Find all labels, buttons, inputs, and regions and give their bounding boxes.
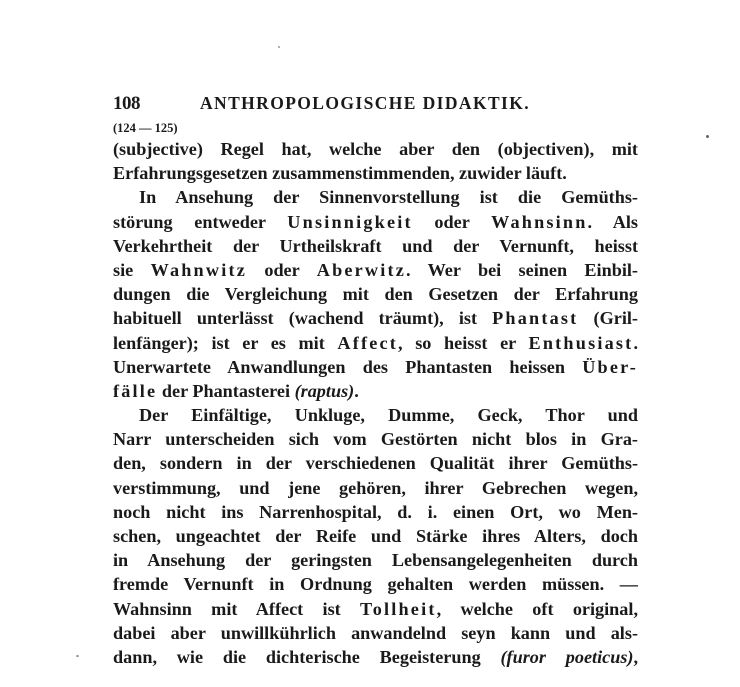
text-line: In Ansehung der Sinnenvorstellung ist di… (113, 185, 638, 209)
scan-speck (278, 46, 280, 48)
text-line: sie Wahnwitz oder Aberwitz. Wer bei sein… (113, 258, 638, 282)
emphasis-term: Über- (582, 357, 638, 377)
text-line: Der Einfältige, Unkluge, Dumme, Geck, Th… (113, 403, 638, 427)
text-line: lenfänger); ist er es mit Affect, so hei… (113, 331, 638, 355)
text-line: verstimmung, und jene gehören, ihrer Geb… (113, 476, 638, 500)
emphasis-term: Affect (337, 333, 398, 353)
emphasis-term: Phantast (492, 308, 578, 328)
text-span: . (633, 333, 638, 353)
text-span: oder (413, 212, 491, 232)
text-span: oder (247, 260, 317, 280)
text-line: den, sondern in der verschiedenen Qualit… (113, 451, 638, 475)
text-line: Verkehrtheit der Urtheilskraft und der V… (113, 234, 638, 258)
emphasis-term: Aberwitz (317, 260, 406, 280)
emphasis-term: Wahnsinn (491, 212, 587, 232)
text-span: (Gril- (578, 308, 638, 328)
text-span: , welche oft original, (437, 599, 638, 619)
text-line: noch nicht ins Narrenhospital, d. i. ein… (113, 500, 638, 524)
text-span: dann, wie die dichterische Begeisterung (113, 647, 500, 667)
text-line: Unerwartete Anwandlungen des Phantasten … (113, 355, 638, 379)
text-line: habituell unterlässt (wachend träumt), i… (113, 306, 638, 330)
emphasis-term: Wahnwitz (151, 260, 247, 280)
text-span: In Ansehung der Sinnenvorstellung ist di… (139, 187, 638, 207)
running-title: ANTHROPOLOGISCHE DIDAKTIK. (200, 93, 530, 114)
text-line: Narr unterscheiden sich vom Gestörten ni… (113, 427, 638, 451)
text-line: dann, wie die dichterische Begeisterung … (113, 645, 638, 669)
text-line: störung entweder Unsinnigkeit oder Wahns… (113, 210, 638, 234)
text-span: . (354, 381, 359, 401)
text-span: sie (113, 260, 151, 280)
page-number: 108 (113, 93, 200, 115)
emphasis-term: fälle (113, 381, 157, 401)
text-line: fremde Vernunft in Ordnung gehalten werd… (113, 572, 638, 596)
latin-term: (furor poeticus) (500, 647, 633, 667)
emphasis-term: Unsinnigkeit (287, 212, 412, 232)
emphasis-term: Enthusiast (529, 333, 634, 353)
text-span: Unerwartete Anwandlungen des Phantasten … (113, 357, 582, 377)
text-span: . Als (588, 212, 638, 232)
text-line: Wahnsinn mit Affect ist Tollheit, welche… (113, 597, 638, 621)
text-line: in Ansehung der geringsten Lebensangeleg… (113, 548, 638, 572)
text-line: schen, ungeachtet der Reife und Stärke i… (113, 524, 638, 548)
book-page: 108 ANTHROPOLOGISCHE DIDAKTIK. (124 — 12… (113, 93, 638, 669)
text-span: der Phantasterei (157, 381, 294, 401)
text-line: dabei aber unwillkührlich anwandelnd sey… (113, 621, 638, 645)
text-span: . Wer bei seinen Einbil- (406, 260, 638, 280)
text-line: Erfahrungsgesetzen zusammenstimmenden, z… (113, 161, 638, 185)
text-line: (subjective) Regel hat, welche aber den … (113, 137, 638, 161)
text-span: störung entweder (113, 212, 287, 232)
scan-speck (76, 655, 79, 657)
latin-term: (raptus) (295, 381, 355, 401)
text-line: dungen die Vergleichung mit den Gesetzen… (113, 282, 638, 306)
text-span: , so heisst er (398, 333, 528, 353)
text-span: lenfänger); ist er es mit (113, 333, 337, 353)
text-line: fälle der Phantasterei (raptus). (113, 379, 638, 403)
text-span: Wahnsinn mit Affect ist (113, 599, 360, 619)
body-text: (subjective) Regel hat, welche aber den … (113, 137, 638, 669)
section-reference: (124 — 125) (113, 120, 638, 137)
scan-speck (706, 135, 709, 138)
text-span: , (633, 647, 638, 667)
emphasis-term: Tollheit (360, 599, 437, 619)
text-span: habituell unterlässt (wachend träumt), i… (113, 308, 492, 328)
running-head: 108 ANTHROPOLOGISCHE DIDAKTIK. (113, 93, 638, 119)
